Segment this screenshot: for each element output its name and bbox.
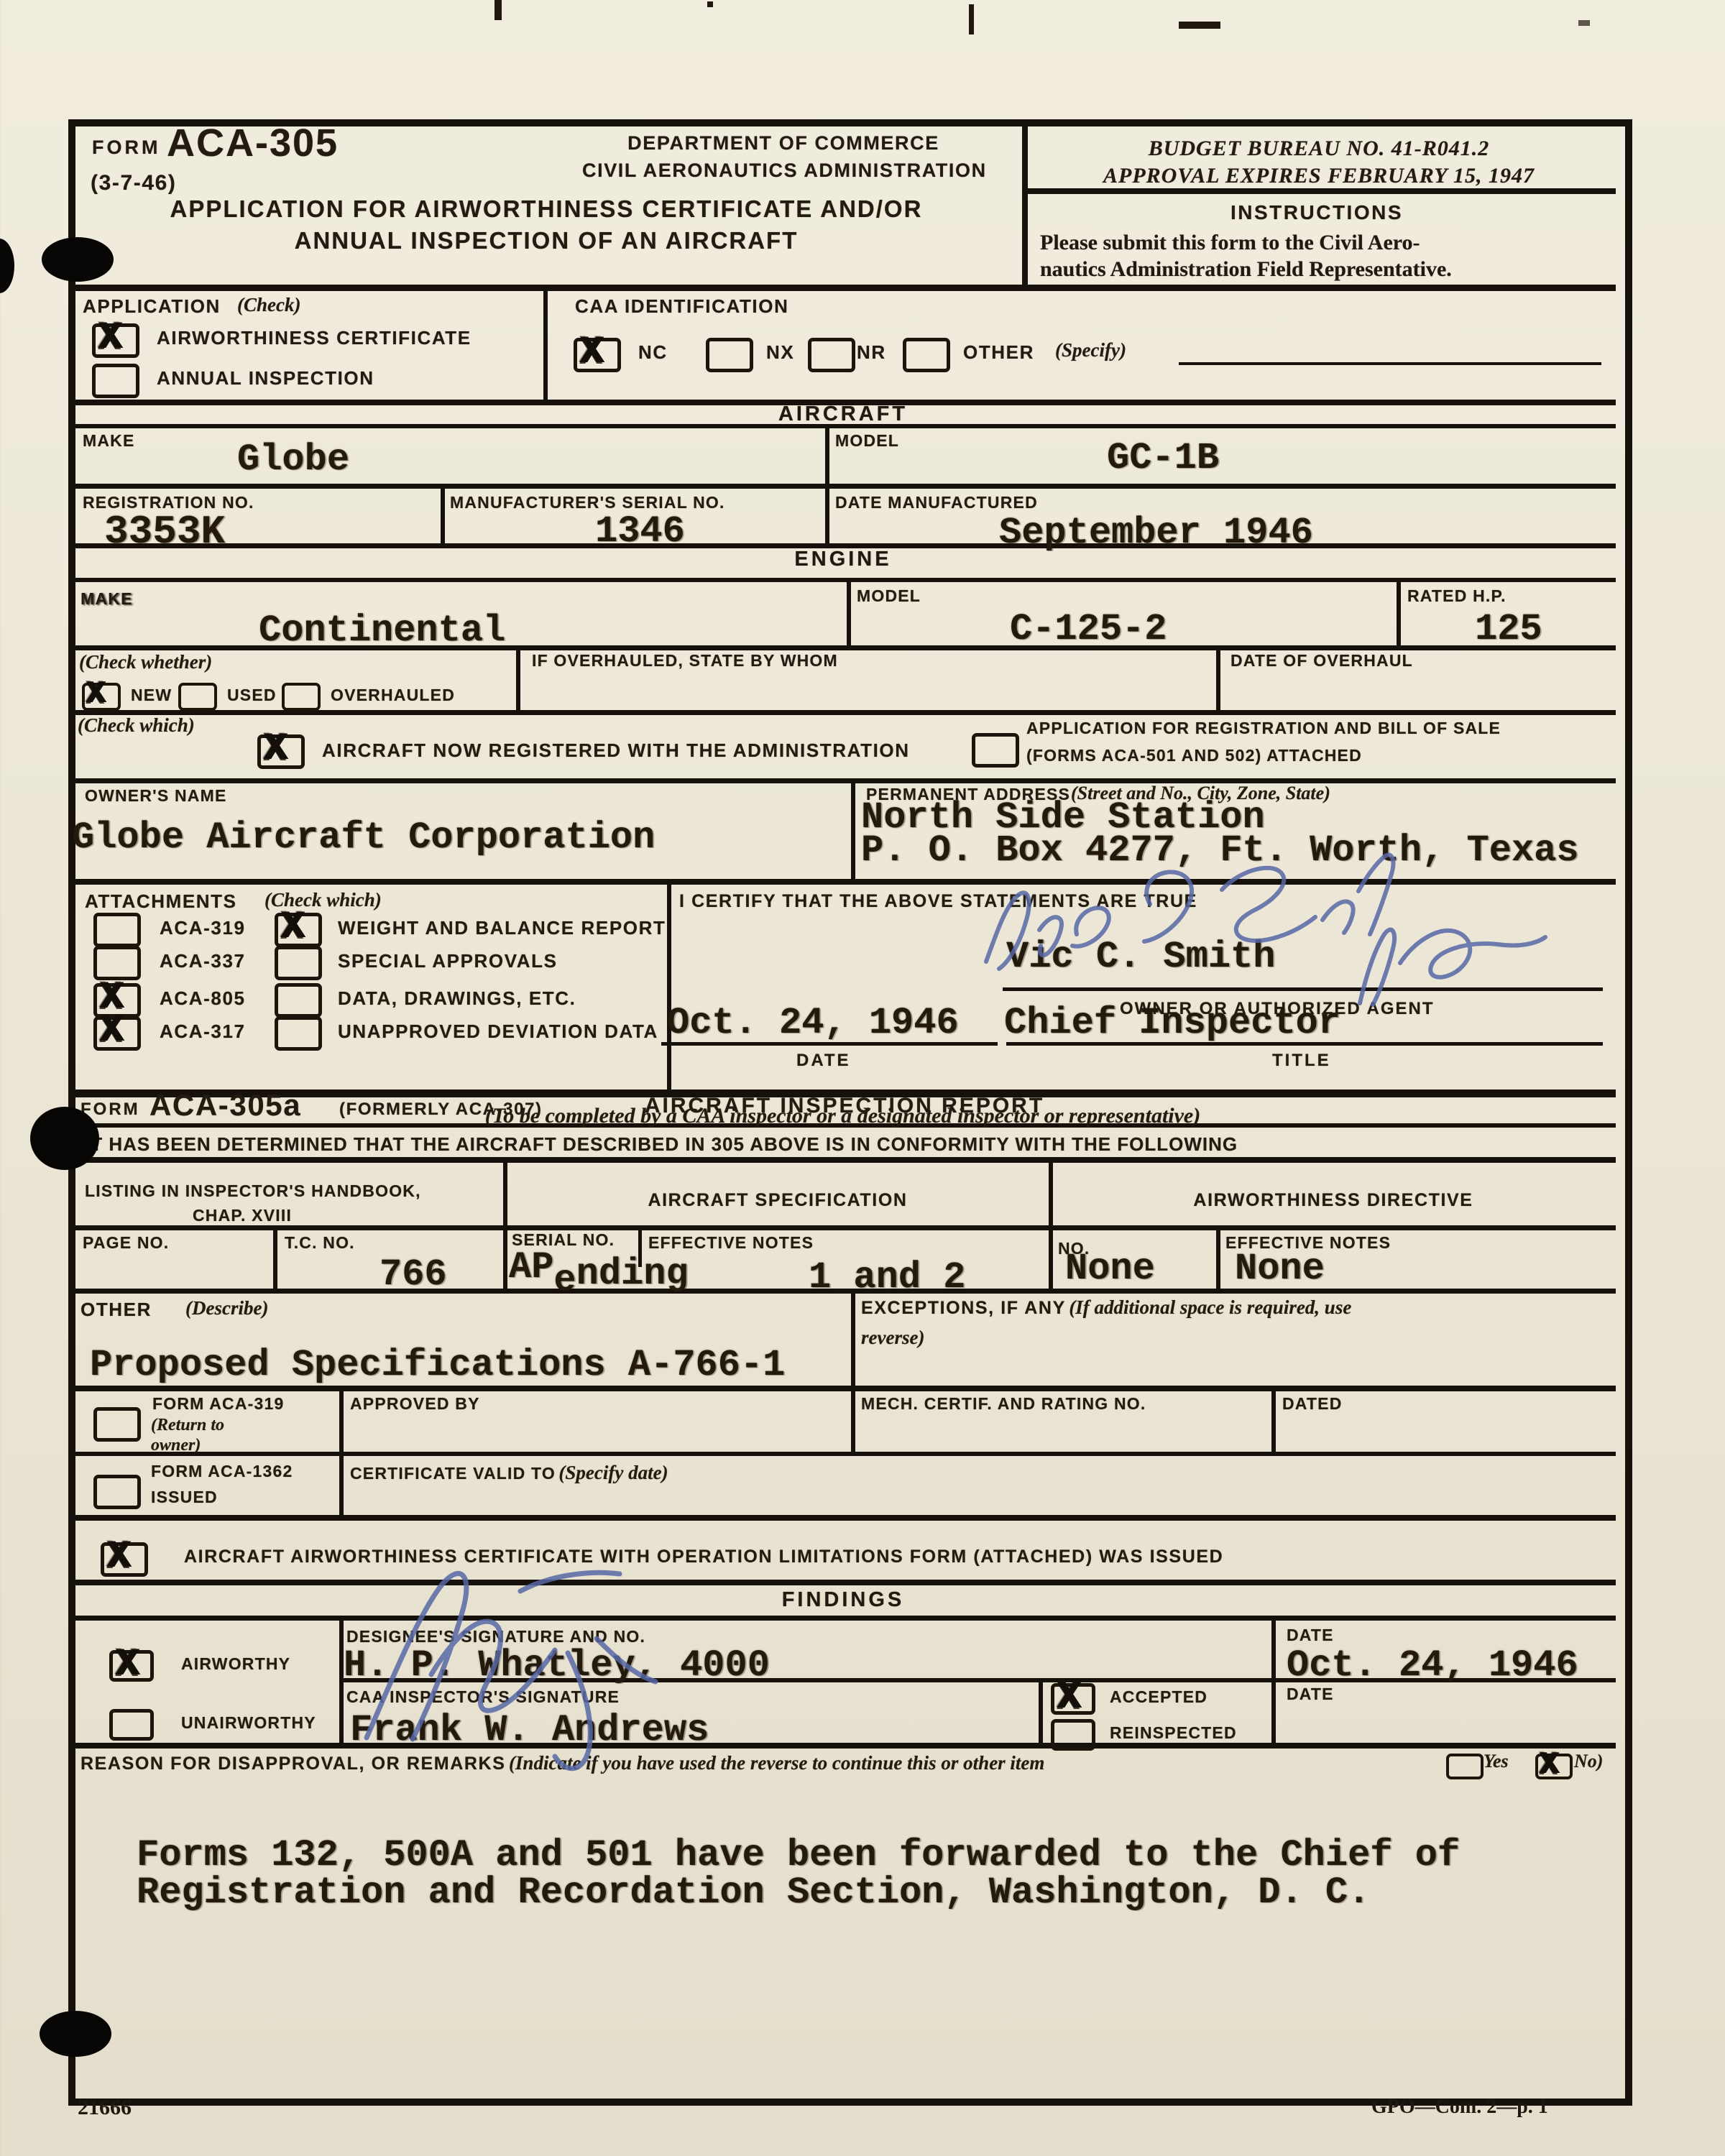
scan-speck bbox=[494, 0, 502, 20]
exceptions-note: (If additional space is required, use bbox=[1069, 1296, 1351, 1318]
engine-model-label: MODEL bbox=[857, 586, 921, 605]
rule bbox=[851, 780, 855, 882]
exceptions-label: EXCEPTIONS, IF ANY (If additional space … bbox=[861, 1296, 1351, 1319]
reason-label: REASON FOR DISAPPROVAL, OR REMARKS bbox=[80, 1754, 505, 1774]
checkbox-nr[interactable] bbox=[808, 338, 855, 372]
rule bbox=[516, 647, 520, 713]
no-label: No) bbox=[1574, 1751, 1603, 1772]
form-revision: (3-7-46) bbox=[91, 171, 177, 196]
checkbox-reinspected[interactable] bbox=[1051, 1719, 1095, 1751]
rule bbox=[72, 1515, 1616, 1521]
rule bbox=[1216, 1225, 1220, 1291]
budget-bureau-line2: APPROVAL EXPIRES FEBRUARY 15, 1947 bbox=[1035, 164, 1603, 188]
unairworthy-label: UNAIRWORTHY bbox=[181, 1713, 316, 1732]
serial-part3: nding bbox=[576, 1253, 689, 1295]
footer-form-number: 21666 bbox=[78, 2096, 132, 2120]
aircraft-banner: AIRCRAFT bbox=[68, 402, 1618, 426]
checkbox-nx[interactable] bbox=[706, 338, 753, 372]
checkbox-aca-317[interactable] bbox=[93, 1016, 141, 1051]
rule bbox=[72, 710, 1616, 715]
aca-319-label: ACA-319 bbox=[160, 918, 246, 939]
exceptions-text: EXCEPTIONS, IF ANY bbox=[861, 1298, 1066, 1318]
engine-make-label: MAKE bbox=[80, 589, 133, 608]
engine-banner: ENGINE bbox=[68, 548, 1618, 571]
date-line[interactable] bbox=[661, 1042, 998, 1046]
scanned-form-page: FORM ACA-305 (3-7-46) DEPARTMENT OF COMM… bbox=[0, 0, 1725, 2156]
engine-model-value: C-125-2 bbox=[1010, 611, 1167, 648]
caa-date-label: DATE bbox=[1287, 1685, 1334, 1703]
date-of-overhaul-label: DATE OF OVERHAUL bbox=[1230, 651, 1413, 670]
checkbox-bill-of-sale[interactable] bbox=[972, 733, 1019, 768]
application-label: APPLICATION bbox=[83, 296, 221, 318]
nr-label: NR bbox=[857, 342, 886, 364]
rule bbox=[72, 484, 1616, 489]
certificate-valid-to-label: CERTIFICATE VALID TO bbox=[350, 1464, 556, 1483]
special-approvals-label: SPECIAL APPROVALS bbox=[338, 951, 558, 972]
remarks-line2: Registration and Recordation Section, Wa… bbox=[137, 1874, 1370, 1912]
effective-notes-label: EFFECTIVE NOTES bbox=[648, 1233, 814, 1252]
reason-note: (Indicate if you have used the reverse t… bbox=[509, 1752, 1044, 1774]
findings-banner: FINDINGS bbox=[68, 1588, 1618, 1612]
return-to-note2: owner) bbox=[151, 1436, 201, 1455]
effective-notes-value: 1 and 2 bbox=[809, 1259, 965, 1296]
checkbox-accepted[interactable] bbox=[1051, 1683, 1095, 1715]
rule bbox=[72, 1580, 1616, 1585]
nc-label: NC bbox=[638, 342, 668, 364]
report-serial-value: APending bbox=[509, 1249, 689, 1286]
rule bbox=[1271, 1619, 1276, 1746]
rule bbox=[1022, 188, 1616, 194]
checkbox-annual-inspection[interactable] bbox=[92, 364, 139, 398]
aircraft-make-label: MAKE bbox=[83, 431, 135, 450]
issued-label: ISSUED bbox=[151, 1488, 218, 1506]
rule bbox=[72, 1225, 1616, 1230]
checkbox-aca-319[interactable] bbox=[93, 913, 141, 947]
reason-row: REASON FOR DISAPPROVAL, OR REMARKS (Indi… bbox=[80, 1752, 1044, 1774]
certification-title-value: Chief Inspector bbox=[1004, 1005, 1340, 1042]
rule bbox=[851, 1388, 855, 1455]
checkbox-unairworthy[interactable] bbox=[109, 1709, 154, 1741]
rule bbox=[851, 1289, 855, 1389]
rule bbox=[72, 1452, 1616, 1456]
instructions-line2: nautics Administration Field Representat… bbox=[1040, 257, 1452, 283]
checkbox-unapproved-deviation[interactable] bbox=[275, 1016, 322, 1051]
check-which-note: (Check which) bbox=[78, 714, 195, 737]
aircraft-model-label: MODEL bbox=[835, 431, 899, 450]
rule bbox=[339, 1388, 344, 1518]
caa-inspector-signature-value: Frank W. Andrews bbox=[350, 1712, 709, 1749]
edge-hole-shadow bbox=[0, 239, 14, 293]
checkbox-nc[interactable] bbox=[574, 338, 621, 372]
annual-inspection-label: ANNUAL INSPECTION bbox=[157, 368, 374, 390]
aca-337-label: ACA-337 bbox=[160, 951, 246, 972]
designee-signature-value: H. P. Whatley, 4000 bbox=[344, 1647, 770, 1685]
punch-hole-bottom bbox=[40, 2011, 111, 2057]
aca-317-label: ACA-317 bbox=[160, 1021, 246, 1043]
attachments-label: ATTACHMENTS bbox=[85, 891, 237, 913]
aircraft-make-value: Globe bbox=[237, 441, 349, 479]
weight-balance-label: WEIGHT AND BALANCE REPORT bbox=[338, 918, 666, 939]
certify-statement: I CERTIFY THAT THE ABOVE STATEMENTS ARE … bbox=[679, 891, 1197, 912]
aircraft-specification-header: AIRCRAFT SPECIFICATION bbox=[507, 1190, 1049, 1211]
checkbox-weight-balance[interactable] bbox=[275, 913, 322, 947]
form-number: ACA-305 bbox=[167, 121, 339, 165]
airworthiness-certificate-label: AIRWORTHINESS CERTIFICATE bbox=[157, 328, 471, 349]
rule bbox=[1216, 647, 1220, 713]
scan-speck bbox=[707, 1, 713, 7]
owner-name-value: Globe Aircraft Corporation bbox=[72, 819, 655, 857]
checkbox-airworthy[interactable] bbox=[109, 1650, 154, 1682]
report-subtitle: (To be completed by a CAA inspector or a… bbox=[216, 1104, 1470, 1128]
certificate-issued-label: AIRCRAFT AIRWORTHINESS CERTIFICATE WITH … bbox=[184, 1547, 1223, 1567]
owner-signature-typed: Vic C. Smith bbox=[1006, 939, 1275, 976]
directive-notes-value: None bbox=[1235, 1250, 1325, 1288]
caa-inspector-signature-label: CAA INSPECTOR'S SIGNATURE bbox=[346, 1687, 620, 1706]
registered-label: AIRCRAFT NOW REGISTERED WITH THE ADMINIS… bbox=[322, 740, 910, 762]
checkbox-other[interactable] bbox=[903, 338, 950, 372]
checkbox-data-drawings[interactable] bbox=[275, 983, 322, 1018]
rated-hp-label: RATED H.P. bbox=[1407, 586, 1506, 605]
serial-value: 1346 bbox=[595, 513, 685, 550]
form-title-line1: APPLICATION FOR AIRWORTHINESS CERTIFICAT… bbox=[144, 195, 949, 223]
rule bbox=[72, 285, 1616, 291]
engine-make-value: Continental bbox=[259, 612, 505, 650]
rule bbox=[543, 286, 548, 402]
rule bbox=[441, 485, 445, 546]
aircraft-model-value: GC-1B bbox=[1107, 440, 1219, 477]
rule bbox=[72, 778, 1616, 783]
tc-no-value: 766 bbox=[379, 1256, 447, 1294]
scan-speck bbox=[1179, 22, 1220, 29]
rule bbox=[1039, 1680, 1043, 1746]
serial-part1: AP bbox=[509, 1246, 553, 1289]
unapproved-deviation-label: UNAPPROVED DEVIATION DATA bbox=[338, 1021, 658, 1043]
budget-bureau-line1: BUDGET BUREAU NO. 41-R041.2 bbox=[1035, 137, 1603, 161]
registration-value: 3353K bbox=[104, 512, 225, 552]
rule bbox=[72, 1616, 1616, 1621]
aca-805-label: ACA-805 bbox=[160, 988, 246, 1010]
instructions-title: INSTRUCTIONS bbox=[1022, 201, 1611, 224]
application-note: (Check) bbox=[237, 294, 300, 316]
accepted-label: ACCEPTED bbox=[1110, 1687, 1207, 1706]
airworthiness-directive-header: AIRWORTHINESS DIRECTIVE bbox=[1053, 1190, 1614, 1211]
determination-statement: IT HAS BEEN DETERMINED THAT THE AIRCRAFT… bbox=[85, 1134, 1238, 1156]
approved-by-label: APPROVED BY bbox=[350, 1394, 480, 1413]
checkbox-form-aca-319[interactable] bbox=[93, 1407, 141, 1442]
specify-date-note: (Specify date) bbox=[558, 1462, 668, 1483]
rule bbox=[1397, 579, 1401, 648]
address-line2: P. O. Box 4277, Ft. Worth, Texas bbox=[861, 832, 1579, 870]
rule bbox=[72, 1157, 1616, 1163]
airworthy-label: AIRWORTHY bbox=[181, 1654, 290, 1673]
other-describe-value: Proposed Specifications A-766-1 bbox=[90, 1347, 785, 1384]
findings-date-label: DATE bbox=[1287, 1626, 1334, 1644]
rule bbox=[1049, 1161, 1053, 1291]
checkbox-overhauled[interactable] bbox=[282, 683, 321, 711]
footer-gpo: GPO—Com. 2—p. 1 bbox=[1371, 2096, 1548, 2119]
reinspected-label: REINSPECTED bbox=[1110, 1723, 1237, 1742]
rated-hp-value: 125 bbox=[1475, 611, 1542, 648]
other-specify-line[interactable] bbox=[1179, 362, 1601, 365]
return-to-note1: (Return to bbox=[151, 1416, 224, 1435]
overhauled-label: OVERHAULED bbox=[331, 686, 455, 704]
signature-line[interactable] bbox=[1003, 987, 1603, 991]
instructions-line1: Please submit this form to the Civil Aer… bbox=[1040, 230, 1452, 257]
form-word: FORM bbox=[92, 137, 160, 159]
designee-signature-label: DESIGNEE'S SIGNATURE AND NO. bbox=[346, 1627, 645, 1646]
bill-of-sale-line2: (FORMS ACA-501 AND 502) ATTACHED bbox=[1026, 746, 1362, 765]
checkbox-certificate-issued[interactable] bbox=[101, 1542, 148, 1577]
date-caption: DATE bbox=[796, 1051, 851, 1071]
listing-header-line1: LISTING IN INSPECTOR'S HANDBOOK, bbox=[85, 1181, 421, 1200]
other-label: OTHER bbox=[963, 342, 1034, 364]
overhauled-by-whom-label: IF OVERHAULED, STATE BY WHOM bbox=[532, 651, 838, 670]
owner-name-label: OWNER'S NAME bbox=[85, 786, 226, 805]
used-label: USED bbox=[227, 686, 277, 704]
punch-hole-middle bbox=[30, 1107, 99, 1170]
checkbox-yes[interactable] bbox=[1446, 1754, 1483, 1779]
serial-part2: e bbox=[553, 1259, 576, 1302]
checkbox-registered[interactable] bbox=[257, 734, 305, 769]
remarks-line1: Forms 132, 500A and 501 have been forwar… bbox=[137, 1837, 1460, 1874]
nx-label: NX bbox=[766, 342, 794, 364]
yes-label: Yes bbox=[1483, 1751, 1509, 1772]
date-manufactured-value: September 1946 bbox=[999, 515, 1313, 552]
bill-of-sale-line1: APPLICATION FOR REGISTRATION AND BILL OF… bbox=[1026, 719, 1501, 737]
tc-no-label: T.C. NO. bbox=[285, 1233, 355, 1252]
rule bbox=[825, 485, 829, 546]
checkbox-aca-337[interactable] bbox=[93, 946, 141, 980]
instructions-text: Please submit this form to the Civil Aer… bbox=[1040, 230, 1452, 283]
checkbox-form-aca-1362[interactable] bbox=[93, 1475, 141, 1509]
rule bbox=[825, 425, 829, 487]
other-describe-label: OTHER bbox=[80, 1299, 152, 1321]
rule bbox=[847, 579, 851, 648]
certification-date-value: Oct. 24, 1946 bbox=[667, 1005, 959, 1042]
certificate-valid-to: CERTIFICATE VALID TO (Specify date) bbox=[350, 1462, 668, 1484]
caa-identification-label: CAA IDENTIFICATION bbox=[575, 296, 788, 318]
rule bbox=[72, 1386, 1616, 1391]
checkbox-special-approvals[interactable] bbox=[275, 946, 322, 980]
rule bbox=[273, 1225, 277, 1291]
other-specify-note: (Specify) bbox=[1055, 339, 1126, 361]
serial-label: MANUFACTURER'S SERIAL NO. bbox=[450, 493, 725, 512]
exceptions-note2: reverse) bbox=[861, 1327, 924, 1349]
scan-speck bbox=[1578, 20, 1590, 26]
dated-label: DATED bbox=[1282, 1394, 1343, 1413]
data-drawings-label: DATA, DRAWINGS, ETC. bbox=[338, 988, 576, 1010]
form-aca-319-label: FORM ACA-319 bbox=[152, 1394, 285, 1413]
rule bbox=[667, 881, 671, 1092]
checkbox-airworthiness-certificate[interactable] bbox=[92, 323, 139, 358]
listing-header-line2: CHAP. XVIII bbox=[193, 1206, 292, 1225]
checkbox-new[interactable] bbox=[82, 683, 121, 711]
other-describe-note: (Describe) bbox=[185, 1297, 268, 1319]
department-line2: CIVIL AERONAUTICS ADMINISTRATION bbox=[582, 160, 985, 182]
title-caption: TITLE bbox=[1272, 1051, 1331, 1071]
rule bbox=[72, 879, 1616, 885]
form-aca-1362-label: FORM ACA-1362 bbox=[151, 1462, 293, 1480]
mech-certif-label: MECH. CERTIF. AND RATING NO. bbox=[861, 1394, 1146, 1413]
date-manufactured-label: DATE MANUFACTURED bbox=[835, 493, 1038, 512]
checkbox-no[interactable] bbox=[1535, 1754, 1573, 1779]
findings-date-value: Oct. 24, 1946 bbox=[1287, 1647, 1578, 1685]
page-no-label: PAGE NO. bbox=[83, 1233, 169, 1252]
department-line1: DEPARTMENT OF COMMERCE bbox=[625, 132, 942, 155]
scan-speck bbox=[969, 4, 974, 34]
punch-hole-top bbox=[42, 237, 114, 282]
check-whether-note: (Check whether) bbox=[79, 651, 212, 673]
title-line[interactable] bbox=[1006, 1042, 1603, 1046]
checkbox-used[interactable] bbox=[178, 683, 217, 711]
rule bbox=[1271, 1388, 1276, 1455]
rule bbox=[72, 578, 1616, 582]
rule bbox=[72, 1743, 1616, 1749]
form-title-line2: ANNUAL INSPECTION OF AN AIRCRAFT bbox=[144, 227, 949, 254]
directive-no-value: None bbox=[1065, 1250, 1155, 1288]
new-label: NEW bbox=[131, 686, 172, 704]
rule bbox=[503, 1161, 507, 1291]
